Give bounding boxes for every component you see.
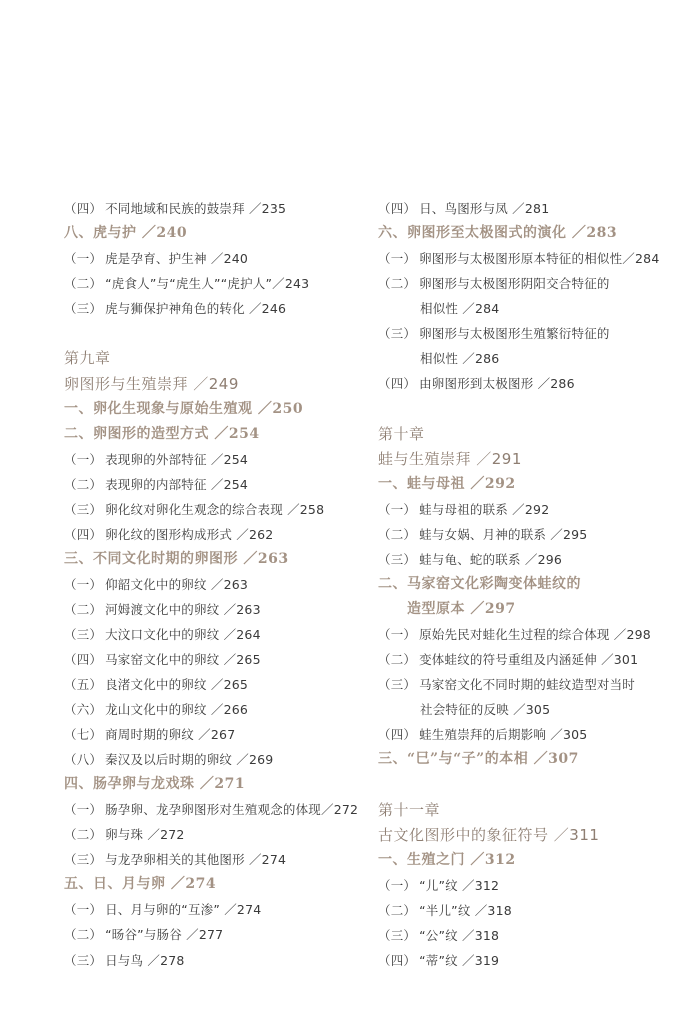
item-title: 蛙与女娲、月神的联系 ／295 bbox=[419, 527, 587, 542]
item-title: 河姆渡文化中的卵纹 ／263 bbox=[105, 602, 261, 617]
toc-item[interactable]: （四）马家窑文化中的卵纹 ／265 bbox=[64, 647, 261, 672]
item-number: （一） bbox=[378, 497, 416, 522]
item-number: （三） bbox=[64, 497, 102, 522]
item-number: （三） bbox=[378, 321, 416, 346]
item-title: 肠孕卵、龙孕卵图形对生殖观念的体现／272 bbox=[105, 802, 358, 817]
toc-item[interactable]: （三）虎与狮保护神角色的转化 ／246 bbox=[64, 296, 286, 321]
toc-section[interactable]: 二、马家窑文化彩陶变体蛙纹的 bbox=[378, 572, 581, 597]
item-title: 虎与狮保护神角色的转化 ／246 bbox=[105, 301, 286, 316]
toc-item[interactable]: （三）日与鸟 ／278 bbox=[64, 948, 185, 973]
chapter-title[interactable]: 古文化图形中的象征符号 ／311 bbox=[378, 823, 599, 848]
item-number: （二） bbox=[378, 647, 416, 672]
toc-section-continuation[interactable]: 造型原本 ／297 bbox=[378, 597, 516, 622]
toc-item[interactable]: （一）卵图形与太极图形原本特征的相似性／284 bbox=[378, 246, 659, 271]
toc-item[interactable]: （七）商周时期的卵纹 ／267 bbox=[64, 722, 235, 747]
toc-item[interactable]: （一）原始先民对蛙化生过程的综合体现 ／298 bbox=[378, 622, 651, 647]
toc-item[interactable]: （二）“半儿”纹 ／318 bbox=[378, 898, 512, 923]
item-title: 马家窑文化不同时期的蛙纹造型对当时 bbox=[419, 677, 635, 692]
chapter-title[interactable]: 蛙与生殖崇拜 ／291 bbox=[378, 447, 522, 472]
item-number: （八） bbox=[64, 747, 102, 772]
toc-item[interactable]: （四）不同地域和民族的鼓崇拜 ／235 bbox=[64, 196, 286, 221]
item-number: （三） bbox=[64, 622, 102, 647]
item-number: （四） bbox=[378, 196, 416, 221]
item-number: （三） bbox=[64, 296, 102, 321]
item-title: 蛙与龟、蛇的联系 ／296 bbox=[419, 552, 562, 567]
item-number: （二） bbox=[378, 898, 416, 923]
toc-item[interactable]: （三）马家窑文化不同时期的蛙纹造型对当时 bbox=[378, 672, 635, 697]
item-title: 日、月与卵的“互渗” ／274 bbox=[105, 902, 261, 917]
item-number: （二） bbox=[378, 522, 416, 547]
toc-item[interactable]: （三）“公”纹 ／318 bbox=[378, 923, 499, 948]
toc-item[interactable]: （三）大汶口文化中的卵纹 ／264 bbox=[64, 622, 261, 647]
item-title: 卵图形与太极图形原本特征的相似性／284 bbox=[419, 251, 659, 266]
toc-section[interactable]: 三、“巳”与“子”的本相 ／307 bbox=[378, 747, 579, 772]
toc-section[interactable]: 一、卵化生现象与原始生殖观 ／250 bbox=[64, 397, 303, 422]
toc-item[interactable]: （二）蛙与女娲、月神的联系 ／295 bbox=[378, 522, 587, 547]
toc-item[interactable]: （二）卵图形与太极图形阴阳交合特征的 bbox=[378, 271, 610, 296]
item-title: “公”纹 ／318 bbox=[419, 928, 499, 943]
item-title: 马家窑文化中的卵纹 ／265 bbox=[105, 652, 261, 667]
toc-item[interactable]: （三）卵图形与太极图形生殖繁衍特征的 bbox=[378, 321, 610, 346]
item-number: （一） bbox=[64, 246, 102, 271]
item-number: （三） bbox=[378, 923, 416, 948]
item-number: （二） bbox=[378, 271, 416, 296]
item-number: （一） bbox=[378, 622, 416, 647]
item-number: （七） bbox=[64, 722, 102, 747]
toc-item[interactable]: （二）卵与珠 ／272 bbox=[64, 822, 185, 847]
item-title: 仰韶文化中的卵纹 ／263 bbox=[105, 577, 248, 592]
item-title: 龙山文化中的卵纹 ／266 bbox=[105, 702, 248, 717]
toc-item-continuation[interactable]: 相似性 ／286 bbox=[378, 346, 499, 371]
toc-item-continuation[interactable]: 相似性 ／284 bbox=[378, 296, 499, 321]
item-number: （三） bbox=[64, 847, 102, 872]
item-title: 良渚文化中的卵纹 ／265 bbox=[105, 677, 248, 692]
item-title: 虎是孕育、护生神 ／240 bbox=[105, 251, 248, 266]
item-title: 蛙与母祖的联系 ／292 bbox=[419, 502, 549, 517]
item-title: 日、鸟图形与凤 ／281 bbox=[419, 201, 549, 216]
item-title: 大汶口文化中的卵纹 ／264 bbox=[105, 627, 261, 642]
item-title: 秦汉及以后时期的卵纹 ／269 bbox=[105, 752, 273, 767]
item-title: 商周时期的卵纹 ／267 bbox=[105, 727, 235, 742]
item-title: 日与鸟 ／278 bbox=[105, 953, 184, 968]
toc-section[interactable]: 一、蛙与母祖 ／292 bbox=[378, 472, 516, 497]
toc-item[interactable]: （一）表现卵的外部特征 ／254 bbox=[64, 447, 248, 472]
item-title: 变体蛙纹的符号重组及内涵延伸 ／301 bbox=[419, 652, 638, 667]
chapter-title[interactable]: 卵图形与生殖崇拜 ／249 bbox=[64, 372, 239, 397]
item-number: （二） bbox=[64, 922, 102, 947]
toc-item[interactable]: （一）日、月与卵的“互渗” ／274 bbox=[64, 897, 261, 922]
item-number: （四） bbox=[378, 948, 416, 973]
item-title: 蛙生殖崇拜的后期影响 ／305 bbox=[419, 727, 587, 742]
item-title: “儿”纹 ／312 bbox=[419, 878, 499, 893]
item-title: 由卵图形到太极图形 ／286 bbox=[419, 376, 575, 391]
item-title: 与龙孕卵相关的其他图形 ／274 bbox=[105, 852, 286, 867]
toc-section[interactable]: 三、不同文化时期的卵图形 ／263 bbox=[64, 547, 289, 572]
toc-item[interactable]: （四）由卵图形到太极图形 ／286 bbox=[378, 371, 575, 396]
toc-section[interactable]: 八、虎与护 ／240 bbox=[64, 221, 187, 246]
item-number: （三） bbox=[378, 547, 416, 572]
chapter-label: 第九章 bbox=[64, 346, 111, 371]
chapter-label: 第十一章 bbox=[378, 798, 440, 823]
item-number: （一） bbox=[64, 572, 102, 597]
toc-item[interactable]: （二）“虎食人”与“虎生人”“虎护人”／243 bbox=[64, 271, 309, 296]
toc-item[interactable]: （三）与龙孕卵相关的其他图形 ／274 bbox=[64, 847, 286, 872]
item-title: 卵图形与太极图形阴阳交合特征的 bbox=[419, 276, 610, 291]
item-number: （四） bbox=[64, 647, 102, 672]
item-number: （四） bbox=[378, 722, 416, 747]
item-number: （六） bbox=[64, 697, 102, 722]
toc-item[interactable]: （三）卵化纹对卵化生观念的综合表现 ／258 bbox=[64, 497, 324, 522]
toc-item[interactable]: （五）良渚文化中的卵纹 ／265 bbox=[64, 672, 248, 697]
toc-item[interactable]: （一）仰韶文化中的卵纹 ／263 bbox=[64, 572, 248, 597]
toc-item[interactable]: （二）变体蛙纹的符号重组及内涵延伸 ／301 bbox=[378, 647, 638, 672]
toc-item[interactable]: （四）“蒂”纹 ／319 bbox=[378, 948, 499, 973]
toc-item[interactable]: （二）表现卵的内部特征 ／254 bbox=[64, 472, 248, 497]
item-number: （一） bbox=[378, 246, 416, 271]
item-title: 不同地域和民族的鼓崇拜 ／235 bbox=[105, 201, 286, 216]
item-title: “蒂”纹 ／319 bbox=[419, 953, 499, 968]
item-number: （一） bbox=[64, 797, 102, 822]
toc-item[interactable]: （四）卵化纹的图形构成形式 ／262 bbox=[64, 522, 273, 547]
item-number: （一） bbox=[64, 447, 102, 472]
toc-item-continuation[interactable]: 社会特征的反映 ／305 bbox=[378, 697, 550, 722]
item-title: 卵图形与太极图形生殖繁衍特征的 bbox=[419, 326, 610, 341]
toc-item[interactable]: （八）秦汉及以后时期的卵纹 ／269 bbox=[64, 747, 273, 772]
item-title: “旸谷”与肠谷 ／277 bbox=[105, 927, 223, 942]
item-title: “虎食人”与“虎生人”“虎护人”／243 bbox=[105, 276, 309, 291]
item-title: 表现卵的内部特征 ／254 bbox=[105, 477, 248, 492]
toc-item[interactable]: （二）河姆渡文化中的卵纹 ／263 bbox=[64, 597, 261, 622]
item-number: （五） bbox=[64, 672, 102, 697]
item-number: （四） bbox=[64, 522, 102, 547]
item-number: （三） bbox=[378, 672, 416, 697]
item-title: 卵化纹对卵化生观念的综合表现 ／258 bbox=[105, 502, 324, 517]
item-number: （三） bbox=[64, 948, 102, 973]
toc-item[interactable]: （一）肠孕卵、龙孕卵图形对生殖观念的体现／272 bbox=[64, 797, 358, 822]
toc-item[interactable]: （一）蛙与母祖的联系 ／292 bbox=[378, 497, 549, 522]
toc-item[interactable]: （四）蛙生殖崇拜的后期影响 ／305 bbox=[378, 722, 587, 747]
toc-item[interactable]: （三）蛙与龟、蛇的联系 ／296 bbox=[378, 547, 562, 572]
toc-item[interactable]: （一）虎是孕育、护生神 ／240 bbox=[64, 246, 248, 271]
item-number: （四） bbox=[378, 371, 416, 396]
item-title: 卵与珠 ／272 bbox=[105, 827, 184, 842]
item-number: （一） bbox=[378, 873, 416, 898]
item-number: （二） bbox=[64, 472, 102, 497]
item-title: 原始先民对蛙化生过程的综合体现 ／298 bbox=[419, 627, 651, 642]
toc-item[interactable]: （六）龙山文化中的卵纹 ／266 bbox=[64, 697, 248, 722]
toc-section[interactable]: 五、日、月与卵 ／274 bbox=[64, 872, 216, 897]
toc-section[interactable]: 二、卵图形的造型方式 ／254 bbox=[64, 422, 260, 447]
item-number: （二） bbox=[64, 597, 102, 622]
item-title: 卵化纹的图形构成形式 ／262 bbox=[105, 527, 273, 542]
item-number: （二） bbox=[64, 271, 102, 296]
toc-section[interactable]: 一、生殖之门 ／312 bbox=[378, 848, 516, 873]
item-number: （二） bbox=[64, 822, 102, 847]
toc-item[interactable]: （二）“旸谷”与肠谷 ／277 bbox=[64, 922, 223, 947]
item-title: 表现卵的外部特征 ／254 bbox=[105, 452, 248, 467]
item-number: （四） bbox=[64, 196, 102, 221]
item-number: （一） bbox=[64, 897, 102, 922]
toc-section[interactable]: 六、卵图形至太极图式的演化 ／283 bbox=[378, 221, 617, 246]
item-title: “半儿”纹 ／318 bbox=[419, 903, 512, 918]
toc-item[interactable]: （四）日、鸟图形与凤 ／281 bbox=[378, 196, 549, 221]
toc-item[interactable]: （一）“儿”纹 ／312 bbox=[378, 873, 499, 898]
chapter-label: 第十章 bbox=[378, 422, 425, 447]
toc-section[interactable]: 四、肠孕卵与龙戏珠 ／271 bbox=[64, 772, 245, 797]
